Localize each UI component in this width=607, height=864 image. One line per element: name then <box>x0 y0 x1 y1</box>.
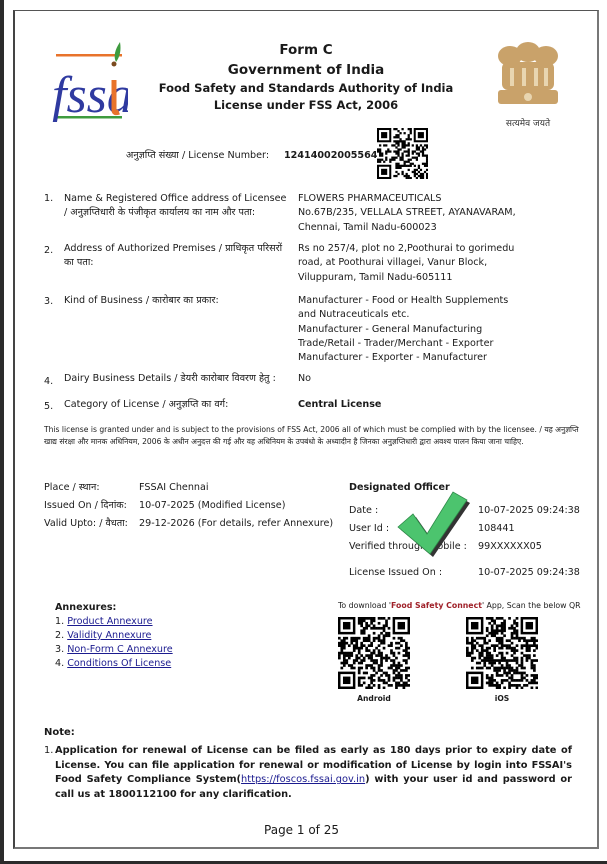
item-5-value: Central License <box>298 398 538 412</box>
note-number: 1. <box>44 744 53 759</box>
fssai-logo: fssa <box>50 40 128 122</box>
officer-user-id-label: User Id : <box>349 522 389 536</box>
license-number-label: अनुज्ञप्ति संख्या / License Number: <box>126 149 269 163</box>
item-4-label: Dairy Business Details / डेयरी कारोबार व… <box>64 372 296 386</box>
android-qr-code[interactable] <box>338 617 410 689</box>
foscos-link[interactable]: https://foscos.fssai.gov.in <box>241 774 365 785</box>
license-disclaimer: This license is granted under and is sub… <box>44 424 584 448</box>
officer-date-label: Date : <box>349 504 378 518</box>
issued-on-label: Issued On / दिनांक: <box>44 499 127 513</box>
app-download-instruction: To download 'Food Safety Connect' App, S… <box>338 601 581 610</box>
ios-qr-code[interactable] <box>466 617 538 689</box>
checkmark-icon <box>395 482 475 562</box>
licensee-address-line: No.67B/235, VELLALA STREET, AYANAVARAM, <box>298 206 538 220</box>
authority-title: Food Safety and Standards Authority of I… <box>140 81 472 95</box>
officer-user-id-value: 108441 <box>478 522 515 536</box>
item-3-number: 3. <box>44 296 53 307</box>
item-2-value: Rs no 257/4, plot no 2,Poothurai to gori… <box>298 242 538 285</box>
page-indicator: Page 1 of 25 <box>0 823 603 837</box>
note-title: Note: <box>44 726 75 740</box>
licensee-name: FLOWERS PHARMACEUTICALS <box>298 192 538 206</box>
act-title: License under FSS Act, 2006 <box>140 98 472 112</box>
app-download-prefix: To download ' <box>338 601 391 610</box>
license-qr-code[interactable] <box>377 128 428 179</box>
place-value: FSSAI Chennai <box>139 481 209 495</box>
license-number-value: 12414002005564 <box>284 149 377 163</box>
licensee-address-line: Chennai, Tamil Nadu-600023 <box>298 221 538 235</box>
annexure-item: 2. Validity Annexure <box>55 629 151 643</box>
item-1-label: Name & Registered Office address of Lice… <box>64 192 289 221</box>
item-5-label: Category of License / अनुज्ञप्ति का वर्ग… <box>64 398 289 412</box>
officer-date-value: 10-07-2025 09:24:38 <box>478 504 580 518</box>
annexure-item: 3. Non-Form C Annexure <box>55 643 173 657</box>
place-label: Place / स्थान: <box>44 481 100 495</box>
item-1-number: 1. <box>44 193 53 204</box>
business-kind-line: and Nutraceuticals etc. <box>298 308 538 322</box>
national-emblem: सत्यमेव जयते <box>488 38 568 126</box>
app-name: Food Safety Connect <box>391 601 482 610</box>
item-3-label: Kind of Business / कारोबार का प्रकार: <box>64 294 289 308</box>
item-4-number: 4. <box>44 376 53 387</box>
form-title: Form C <box>140 42 472 58</box>
item-2-label: Address of Authorized Premises / प्राधिक… <box>64 242 289 271</box>
non-form-c-annexure-link[interactable]: Non-Form C Annexure <box>67 644 172 655</box>
business-kind-line: Manufacturer - Food or Health Supplement… <box>298 294 538 308</box>
annexures-title: Annexures: <box>55 601 116 615</box>
android-label: Android <box>337 694 411 703</box>
conditions-of-license-link[interactable]: Conditions Of License <box>67 658 171 669</box>
item-2-number: 2. <box>44 245 53 256</box>
app-download-suffix: ' App, Scan the below QR <box>482 601 581 610</box>
verified-mobile-value: 99XXXXXX05 <box>478 540 542 554</box>
annexure-number: 1. <box>55 616 64 627</box>
annexure-item: 4. Conditions Of License <box>55 657 171 671</box>
premises-address-line: road, at Poothurai villagei, Vanur Block… <box>298 256 538 270</box>
business-kind-line: Trade/Retail - Trader/Merchant - Exporte… <box>298 337 538 351</box>
validity-annexure-link[interactable]: Validity Annexure <box>67 630 151 641</box>
emblem-motto: सत्यमेव जयते <box>488 116 568 129</box>
valid-upto-value: 29-12-2026 (For details, refer Annexure) <box>139 517 333 531</box>
ios-label: iOS <box>465 694 539 703</box>
government-title: Government of India <box>140 62 472 78</box>
premises-address-line: Viluppuram, Tamil Nadu-605111 <box>298 271 538 285</box>
item-3-value: Manufacturer - Food or Health Supplement… <box>298 294 538 365</box>
license-issued-on-label: License Issued On : <box>349 566 442 580</box>
business-kind-line: Manufacturer - Exporter - Manufacturer <box>298 351 538 365</box>
item-1-value: FLOWERS PHARMACEUTICALS No.67B/235, VELL… <box>298 192 538 235</box>
annexure-item: 1. Product Annexure <box>55 615 153 629</box>
annexure-number: 2. <box>55 630 64 641</box>
business-kind-line: Manufacturer - General Manufacturing <box>298 323 538 337</box>
note-text: Application for renewal of License can b… <box>55 744 572 802</box>
annexure-number: 3. <box>55 644 64 655</box>
valid-upto-label: Valid Upto: / वैधता: <box>44 517 128 531</box>
license-issued-on-value: 10-07-2025 09:24:38 <box>478 566 580 580</box>
annexure-number: 4. <box>55 658 64 669</box>
product-annexure-link[interactable]: Product Annexure <box>67 616 152 627</box>
item-4-value: No <box>298 372 538 386</box>
premises-address-line: Rs no 257/4, plot no 2,Poothurai to gori… <box>298 242 538 256</box>
issued-on-value: 10-07-2025 (Modified License) <box>139 499 285 513</box>
item-5-number: 5. <box>44 401 53 412</box>
